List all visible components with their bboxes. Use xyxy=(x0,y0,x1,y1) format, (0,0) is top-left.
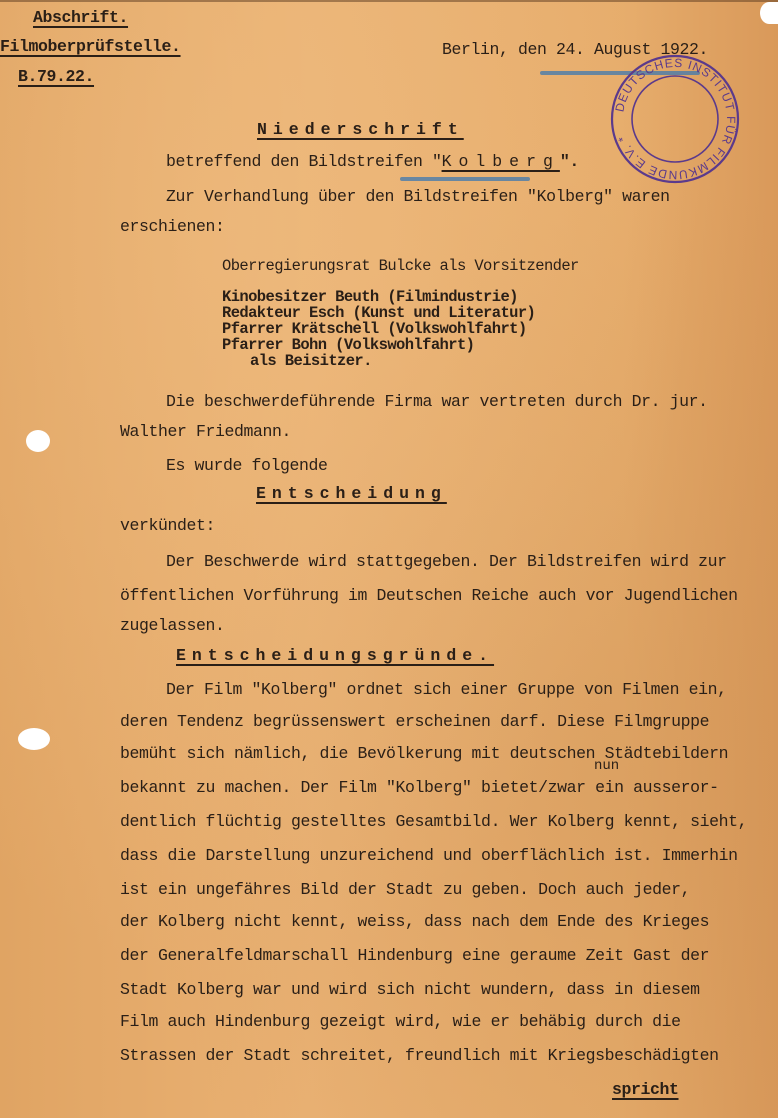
subject-film: Kolberg xyxy=(442,152,560,171)
subject-line: betreffend den Bildstreifen "Kolberg". xyxy=(166,152,579,171)
reference-number: B.79.22. xyxy=(18,67,94,86)
reasons-line: bemüht sich nämlich, die Bevölkerung mit… xyxy=(120,744,728,763)
reasons-line: dentlich flüchtig gestelltes Gesamtbild.… xyxy=(120,812,747,831)
announced-label: verkündet: xyxy=(120,516,215,535)
page-corner-tear xyxy=(760,2,778,24)
reasons-line: ist ein ungefähres Bild der Stadt zu geb… xyxy=(120,880,690,899)
decision-line: öffentlichen Vorführung im Deutschen Rei… xyxy=(120,586,738,605)
decision-line: zugelassen. xyxy=(120,616,225,635)
intro-line-1: Zur Verhandlung über den Bildstreifen "K… xyxy=(166,187,670,206)
page-top-edge xyxy=(0,0,778,2)
announcement: Es wurde folgende xyxy=(166,456,328,475)
representation-line-1: Die beschwerdeführende Firma war vertret… xyxy=(166,392,708,411)
punch-hole xyxy=(18,728,50,750)
catchword: spricht xyxy=(612,1080,679,1099)
reasons-line: deren Tendenz begrüssenswert erscheinen … xyxy=(120,712,709,731)
copy-label: Abschrift. xyxy=(33,8,128,27)
members-role: als Beisitzer. xyxy=(250,352,372,370)
subject-prefix: betreffend den Bildstreifen " xyxy=(166,152,442,171)
institute-stamp: DEUTSCHES INSTITUT FÜR FILMKUNDE E.V. * xyxy=(600,44,750,194)
reasons-line: dass die Darstellung unzureichend und ob… xyxy=(120,846,738,865)
reasons-line: Der Film "Kolberg" ordnet sich einer Gru… xyxy=(166,680,727,699)
reasons-line: bekannt zu machen. Der Film "Kolberg" bi… xyxy=(120,778,719,797)
reasons-line: Film auch Hindenburg gezeigt wird, wie e… xyxy=(120,1012,681,1031)
subject-suffix: ". xyxy=(560,152,579,171)
representation-line-2: Walther Friedmann. xyxy=(120,422,291,441)
decision-heading: Entscheidung xyxy=(256,484,447,503)
office-name: Filmoberprüfstelle. xyxy=(0,37,181,56)
document-title: Niederschrift xyxy=(257,120,464,139)
reasons-line: Stadt Kolberg war und wird sich nicht wu… xyxy=(120,980,700,999)
blue-pencil-underline xyxy=(400,177,530,181)
reasons-line: Strassen der Stadt schreitet, freundlich… xyxy=(120,1046,719,1065)
reasons-line: der Generalfeldmarschall Hindenburg eine… xyxy=(120,946,709,965)
punch-hole xyxy=(26,430,50,452)
intro-line-2: erschienen: xyxy=(120,217,225,236)
inserted-word: nun xyxy=(594,758,619,774)
chair-line: Oberregierungsrat Bulcke als Vorsitzende… xyxy=(222,257,579,275)
decision-line: Der Beschwerde wird stattgegeben. Der Bi… xyxy=(166,552,727,571)
reasons-heading: Entscheidungsgründe. xyxy=(176,646,494,665)
reasons-line: der Kolberg nicht kennt, weiss, dass nac… xyxy=(120,912,709,931)
